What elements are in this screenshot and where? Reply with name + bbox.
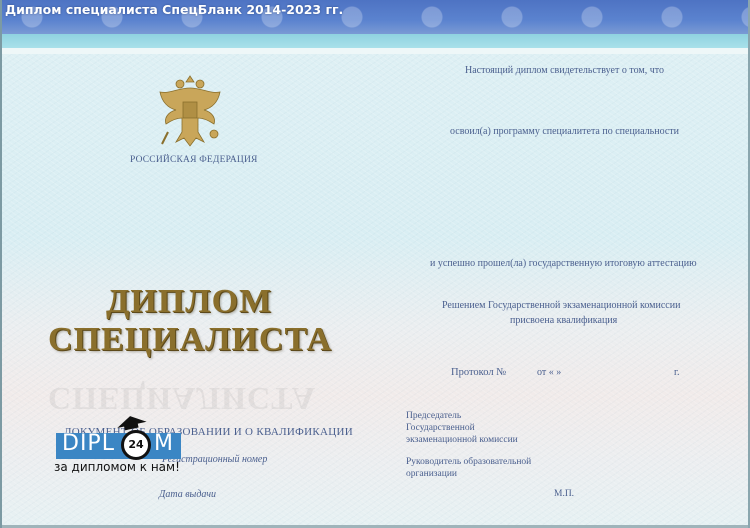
top-light-band [2,48,748,54]
mastered-program-text: освоил(а) программу специалитета по спец… [450,126,679,137]
country-name: РОССИЙСКАЯ ФЕДЕРАЦИЯ [130,155,258,165]
chairman-line: Государственной [406,422,518,434]
passed-attestation-text: и успешно прошел(ла) государственную ито… [430,258,697,269]
diploma-title-line1: ДИПЛОМ [106,283,272,321]
head-line: организации [406,468,531,480]
protocol-label: Протокол № [451,367,506,378]
logo-brand-left: DIPL [62,431,115,456]
chairman-signature-block: Председатель Государственной экзаменацио… [406,410,518,446]
logo-brand-right: M [154,431,173,456]
top-cyan-band [2,34,748,48]
logo-slogan: за дипломом к нам! [54,460,180,474]
chairman-line: Председатель [406,410,518,422]
diploma-title-line2: СПЕЦИАЛИСТА [48,321,332,359]
commission-decision-line1: Решением Государственной экзаменационной… [442,300,680,311]
issue-date-label: Дата выдачи [159,489,216,500]
chairman-line: экзаменационной комиссии [406,434,518,446]
graduation-cap-base-icon [123,421,138,431]
commission-decision-line2: присвоена квалификация [510,315,617,326]
head-signature-block: Руководитель образовательной организации [406,456,531,480]
logo-badge: 24 [121,430,151,460]
protocol-year-suffix: г. [674,367,679,378]
stamp-place-label: М.П. [554,489,574,499]
header-title: Диплом специалиста СпецБланк 2014-2023 г… [5,2,343,17]
protocol-date-from: от « » [537,367,561,378]
certifies-text: Настоящий диплом свидетельствует о том, … [465,65,664,76]
head-line: Руководитель образовательной [406,456,531,468]
coat-of-arms-icon [150,72,230,152]
diploma-document: Диплом специалиста СпецБланк 2014-2023 г… [0,0,750,528]
diplom24-watermark-logo: DIPL 24 M за дипломом к нам! [50,412,190,478]
